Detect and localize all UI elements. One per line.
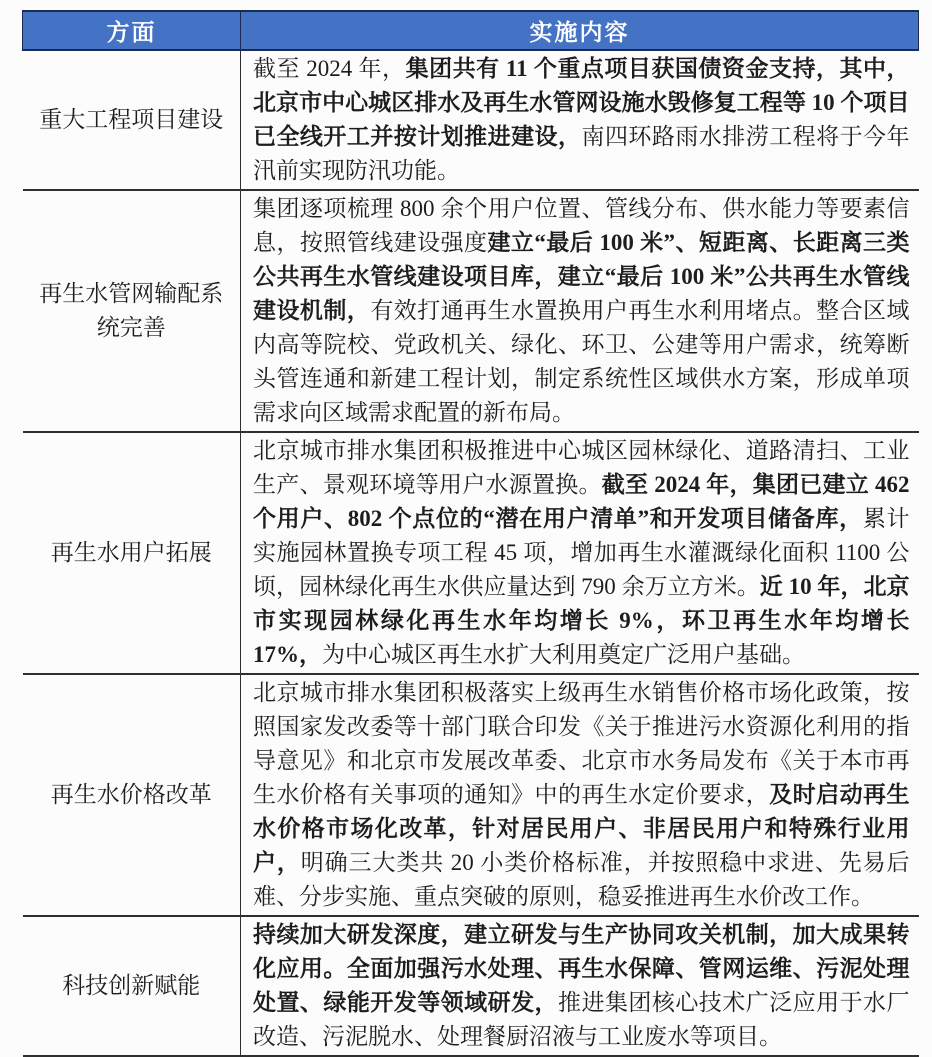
content-cell: 截至 2024 年，集团共有 11 个重点项目获国债资金支持，其中，北京市中心城…	[241, 50, 919, 190]
table-row: 科技创新赋能持续加大研发深度，建立研发与生产协同攻关机制，加大成果转化应用。全面…	[23, 916, 919, 1056]
table-row: 再生水用户拓展北京城市排水集团积极推进中心城区园林绿化、道路清扫、工业生产、景观…	[23, 432, 919, 674]
table-row: 再生水管网输配系统完善集团逐项梳理 800 余个用户位置、管线分布、供水能力等要…	[23, 190, 919, 432]
content-run: 明确三大类共 20 小类价格标准，并按照稳中求进、先易后难、分步实施、重点突破的…	[253, 850, 910, 909]
table-header-row: 方面 实施内容	[23, 11, 919, 50]
table-row: 再生水价格改革北京城市排水集团积极落实上级再生水销售价格市场化政策，按照国家发改…	[23, 674, 919, 916]
aspect-cell: 科技创新赋能	[23, 916, 241, 1056]
aspect-column-header: 方面	[23, 11, 241, 50]
aspect-cell: 再生水用户拓展	[23, 432, 241, 674]
table-row: 重大工程项目建设截至 2024 年，集团共有 11 个重点项目获国债资金支持，其…	[23, 50, 919, 190]
document-page: 方面 实施内容 重大工程项目建设截至 2024 年，集团共有 11 个重点项目获…	[0, 0, 932, 1032]
content-cell: 集团逐项梳理 800 余个用户位置、管线分布、供水能力等要素信息，按照管线建设强…	[241, 190, 919, 432]
implementation-table: 方面 实施内容 重大工程项目建设截至 2024 年，集团共有 11 个重点项目获…	[22, 10, 919, 1057]
content-cell: 北京城市排水集团积极落实上级再生水销售价格市场化政策，按照国家发改委等十部门联合…	[241, 674, 919, 916]
aspect-cell: 再生水价格改革	[23, 674, 241, 916]
content-run: 截至 2024 年，	[253, 56, 406, 81]
aspect-cell: 重大工程项目建设	[23, 50, 241, 190]
content-cell: 持续加大研发深度，建立研发与生产协同攻关机制，加大成果转化应用。全面加强污水处理…	[241, 916, 919, 1056]
table-body: 重大工程项目建设截至 2024 年，集团共有 11 个重点项目获国债资金支持，其…	[23, 50, 919, 1056]
content-column-header: 实施内容	[241, 11, 919, 50]
content-run: 为中心城区再生水扩大利用奠定广泛用户基础。	[322, 642, 805, 667]
aspect-cell: 再生水管网输配系统完善	[23, 190, 241, 432]
content-cell: 北京城市排水集团积极推进中心城区园林绿化、道路清扫、工业生产、景观环境等用户水源…	[241, 432, 919, 674]
